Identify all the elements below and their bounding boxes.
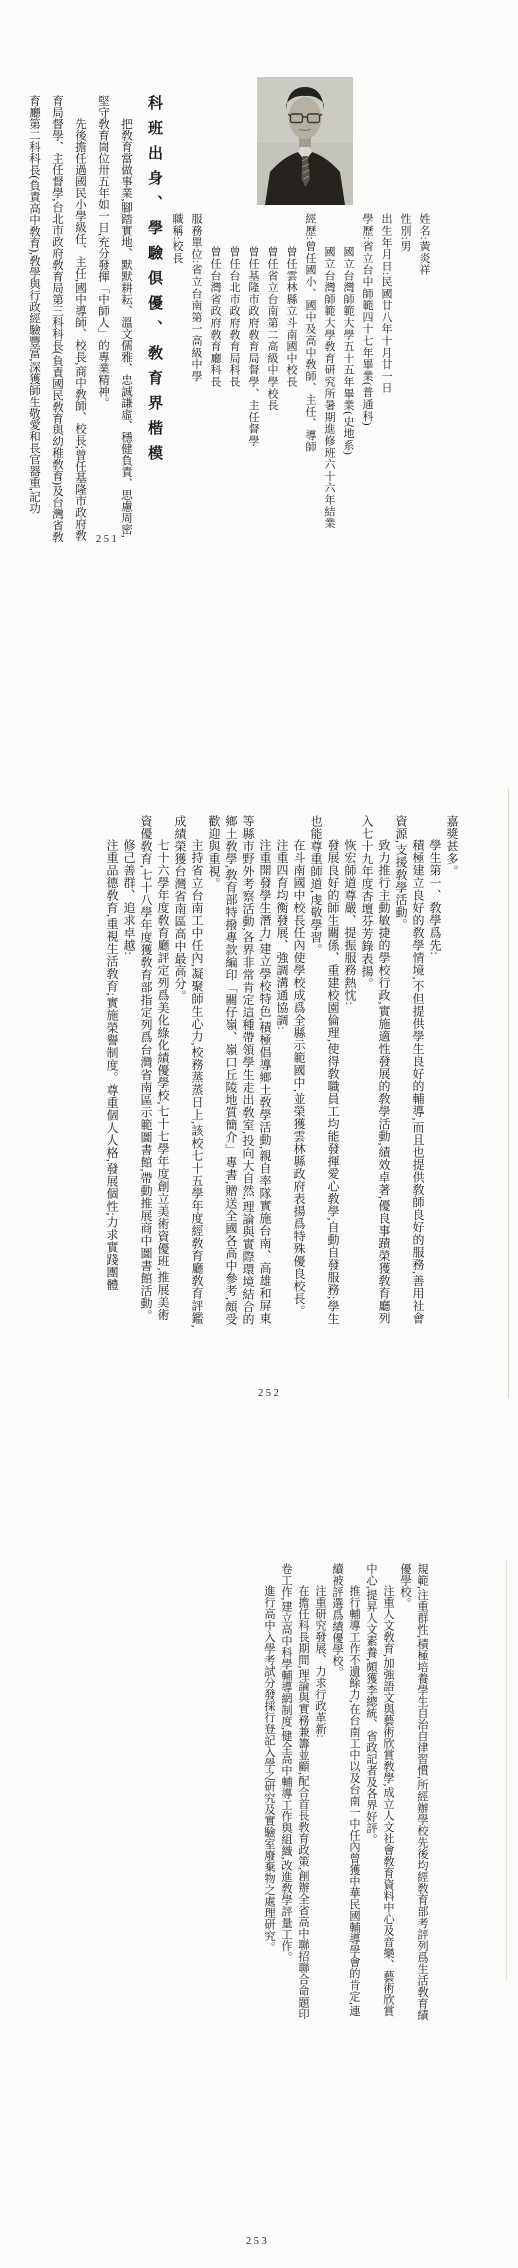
bio-field-education-2: 國立台灣師範大學五十五年畢業(史地系) bbox=[338, 213, 357, 545]
bio-field-name: 姓名:黃炎祥 bbox=[414, 213, 433, 545]
bio-field-gender: 性別:男 bbox=[395, 213, 414, 545]
bio-field-birthdate: 出生年月日:民國廿八年十月廿一日 bbox=[376, 213, 395, 545]
page2-body: 嘉獎甚多。 學生第一、敎學爲先: 積極建立良好的敎學情境,不但提供學生良好的輔導… bbox=[103, 815, 460, 1330]
bio-field-education-1: 學歷:省立台中師範四十七年畢業(普通科) bbox=[357, 213, 376, 545]
section-heading: 注重四育均衡發展、強調溝通協調: bbox=[273, 815, 290, 1330]
article-title: 科班出身、學驗俱優、敎育界楷模 bbox=[145, 95, 163, 505]
bio-field-education-3: 國立台灣師範大學敎育研究所暑期進修班六十六年結業 bbox=[319, 213, 338, 545]
body-paragraph: 先後擔任過國民小學級任、主任,國中導師、校長,商中敎師、校長;曾任基隆市政府敎育… bbox=[22, 95, 91, 545]
section-heading: 學生第一、敎學爲先: bbox=[426, 815, 443, 1330]
body-paragraph: 把敎育當做事業,腳踏實地、默默耕耘、溫文儒雅、忠誠謙虛、穩健負責、思慮周密,堅守… bbox=[91, 95, 137, 545]
bio-field-experience-2: 曾任雲林縣立斗南國中校長 bbox=[281, 213, 300, 545]
page-number-252: 252 bbox=[258, 1388, 281, 1399]
portrait-photo bbox=[257, 77, 353, 205]
body-paragraph-continuation: 嘉獎甚多。 bbox=[443, 815, 460, 1330]
section-heading: 修己善群、追求卓越: bbox=[120, 815, 137, 1330]
body-paragraph: 致力推行主動敏捷的學校行政,實施適性發展的敎學活動,績效卓著,優良事蹟榮獲敎育廳… bbox=[358, 815, 392, 1330]
section-heading: 恢宏師道尊嚴、提振服務熱忱: bbox=[341, 815, 358, 1330]
bio-field-experience-6: 曾任台灣省政府敎育廳科長 bbox=[205, 213, 224, 545]
body-paragraph: 積極建立良好的敎學情境,不但提供學生良好的輔導,而且也提供敎師良好的服務,善用社… bbox=[392, 815, 426, 1330]
scanned-book-pages: 姓名:黃炎祥 性別:男 出生年月日:民國廿八年十月廿一日 學歷:省立台中師範四十… bbox=[0, 0, 518, 2268]
bio-field-experience-3: 曾任省立台南第二高級中學校長 bbox=[262, 213, 281, 545]
bio-field-experience-4: 曾任基隆市政府敎育局督學、主任督學 bbox=[243, 213, 262, 545]
bio-field-experience-1: 經歷:曾任國小、國中及高中敎師、主任、導師 bbox=[300, 213, 319, 545]
body-paragraph: 在斗南國中校長任內使學校成爲全縣示範國中,並榮獲雲林縣政府表揚爲特殊優良校長。 bbox=[290, 815, 307, 1330]
portrait-face bbox=[289, 97, 322, 139]
body-paragraph: 推行輔導工作不遺餘力,在台南工中以及台南一中任內曾獲中華民國輔導學會的肯定,連續… bbox=[328, 1563, 362, 2023]
bio-block: 姓名:黃炎祥 性別:男 出生年月日:民國廿八年十月廿一日 學歷:省立台中師範四十… bbox=[167, 213, 433, 545]
body-paragraph: 主持省立台南工中任內,凝聚師生心力,校務蒸蒸日上,該校七十五學年度經敎育廳敎育評… bbox=[171, 815, 205, 1330]
portrait-photo-svg bbox=[257, 77, 353, 205]
page-number-251: 251 bbox=[96, 534, 119, 545]
scan-artifact-line bbox=[508, 788, 509, 1398]
body-paragraph: 在擔任科長期間,理論與實務兼籌並顧,配合首長敎育政策,創辦全省高中聯招聯合命題印… bbox=[277, 1563, 311, 2023]
body-paragraph: 注重品德敎育,重視生活敎育;實施榮譽制度。尊重個人人格,發展個性;力求實踐團體 bbox=[103, 815, 120, 1330]
body-paragraph: 注重開發學生潛力,建立學校特色,積極倡導鄉土敎學活動,親自率隊實施台南、高雄和屏… bbox=[205, 815, 273, 1330]
section-heading: 注重研究發展、力求行政革新: bbox=[311, 1563, 328, 2023]
scan-artifact-line bbox=[506, 1560, 507, 1980]
bio-field-service-unit: 服務單位:省立台南第一高級中學 bbox=[186, 213, 205, 545]
body-paragraph: 進行高中入學考試分發採行登記入學之研究及實驗室廢棄物之處理研究。 bbox=[260, 1563, 277, 2023]
body-paragraph: 注重人文敎育,加強語文與藝術欣賞敎學,成立人文社會敎育資料中心及音樂、藝術欣賞中… bbox=[362, 1563, 396, 2023]
body-paragraph: 七十六學年度敎育廳評定列爲美化綠化績優學校,七十七學年度創立美術資優班,推展美術… bbox=[137, 815, 171, 1330]
bio-field-job-title: 職稱:校長 bbox=[167, 213, 186, 545]
body-paragraph: 發展良好的師生關係、重建校園倫理,使得敎職員工均能發揮愛心敎學,自動自發服務;學… bbox=[307, 815, 341, 1330]
body-paragraph-continuation: 規範,注重群性,積極培養學生自治自律習慣,所經辦學校先後均經敎育部考評列爲生活敎… bbox=[396, 1563, 430, 2023]
page-number-253: 253 bbox=[246, 2236, 269, 2247]
page3-body: 規範,注重群性,積極培養學生自治自律習慣,所經辦學校先後均經敎育部考評列爲生活敎… bbox=[260, 1563, 430, 2023]
bio-field-experience-5: 曾任台北市政府敎育局科長 bbox=[224, 213, 243, 545]
page1-body: 把敎育當做事業,腳踏實地、默默耕耘、溫文儒雅、忠誠謙虛、穩健負責、思慮周密,堅守… bbox=[22, 95, 137, 545]
